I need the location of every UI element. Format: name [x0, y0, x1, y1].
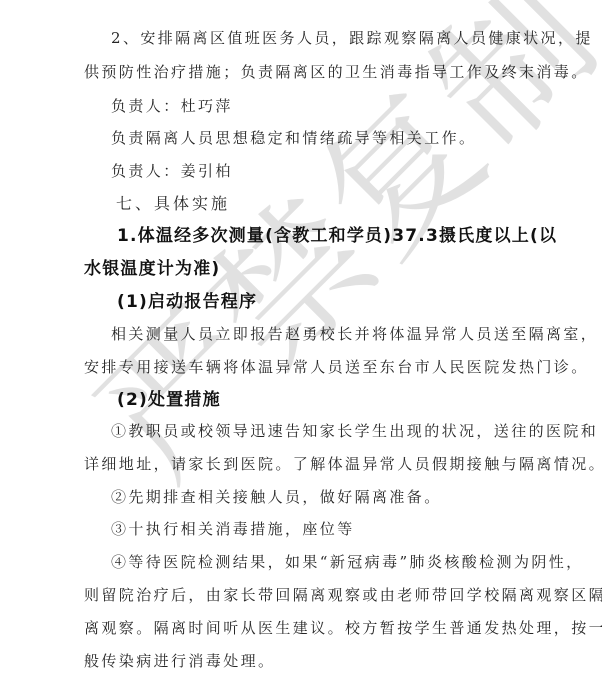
paragraph-line: ②先期排查相关接触人员，做好隔离准备。	[111, 487, 442, 507]
paragraph-line: 负责隔离人员思想稳定和情绪疏导等相关工作。	[111, 128, 476, 148]
subsection-heading: 1.体温经多次测量(含教工和学员)37.3摄氏度以上(以	[117, 226, 557, 246]
paragraph-line: ④等待医院检测结果，如果“新冠病毒”肺炎核酸检测为阴性，	[111, 552, 584, 572]
paragraph-line: 详细地址，请家长到医院。了解体温异常人员假期接触与隔离情况。	[84, 454, 602, 474]
paragraph-line: 般传染病进行消毒处理。	[84, 651, 275, 671]
paragraph-line: 安排专用接送车辆将体温异常人员送至东台市人民医院发热门诊。	[84, 357, 589, 377]
paragraph-line: 离观察。隔离时间听从医生建议。校方暂按学生普通发热处理，按一	[84, 618, 602, 638]
paragraph-line: 相关测量人员立即报告赵勇校长并将体温异常人员送至隔离室，	[111, 324, 598, 344]
responsible-person: 负责人：姜引柏	[111, 161, 233, 181]
paragraph-line: ③十执行相关消毒措施，座位等	[111, 519, 355, 539]
paragraph-line: 供预防性治疗措施；负责隔离区的卫生消毒指导工作及终末消毒。	[84, 62, 589, 82]
paragraph-line: ①教职员或校领导迅速告知家长学生出现的状况，送往的医院和	[111, 421, 598, 441]
step-heading: (2)处置措施	[117, 390, 221, 410]
responsible-person: 负责人：杜巧萍	[111, 96, 233, 116]
paragraph-line: 则留院治疗后，由家长带回隔离观察或由老师带回学校隔离观察区隔	[84, 585, 602, 605]
paragraph-line: 2、安排隔离区值班医务人员，跟踪观察隔离人员健康状况，提	[111, 28, 593, 48]
document-page: 严禁复制 2、安排隔离区值班医务人员，跟踪观察隔离人员健康状况，提 供预防性治疗…	[0, 0, 602, 674]
section-heading: 七、具体实施	[116, 194, 230, 214]
subsection-heading: 水银温度计为准)	[84, 259, 220, 279]
step-heading: (1)启动报告程序	[117, 292, 257, 312]
